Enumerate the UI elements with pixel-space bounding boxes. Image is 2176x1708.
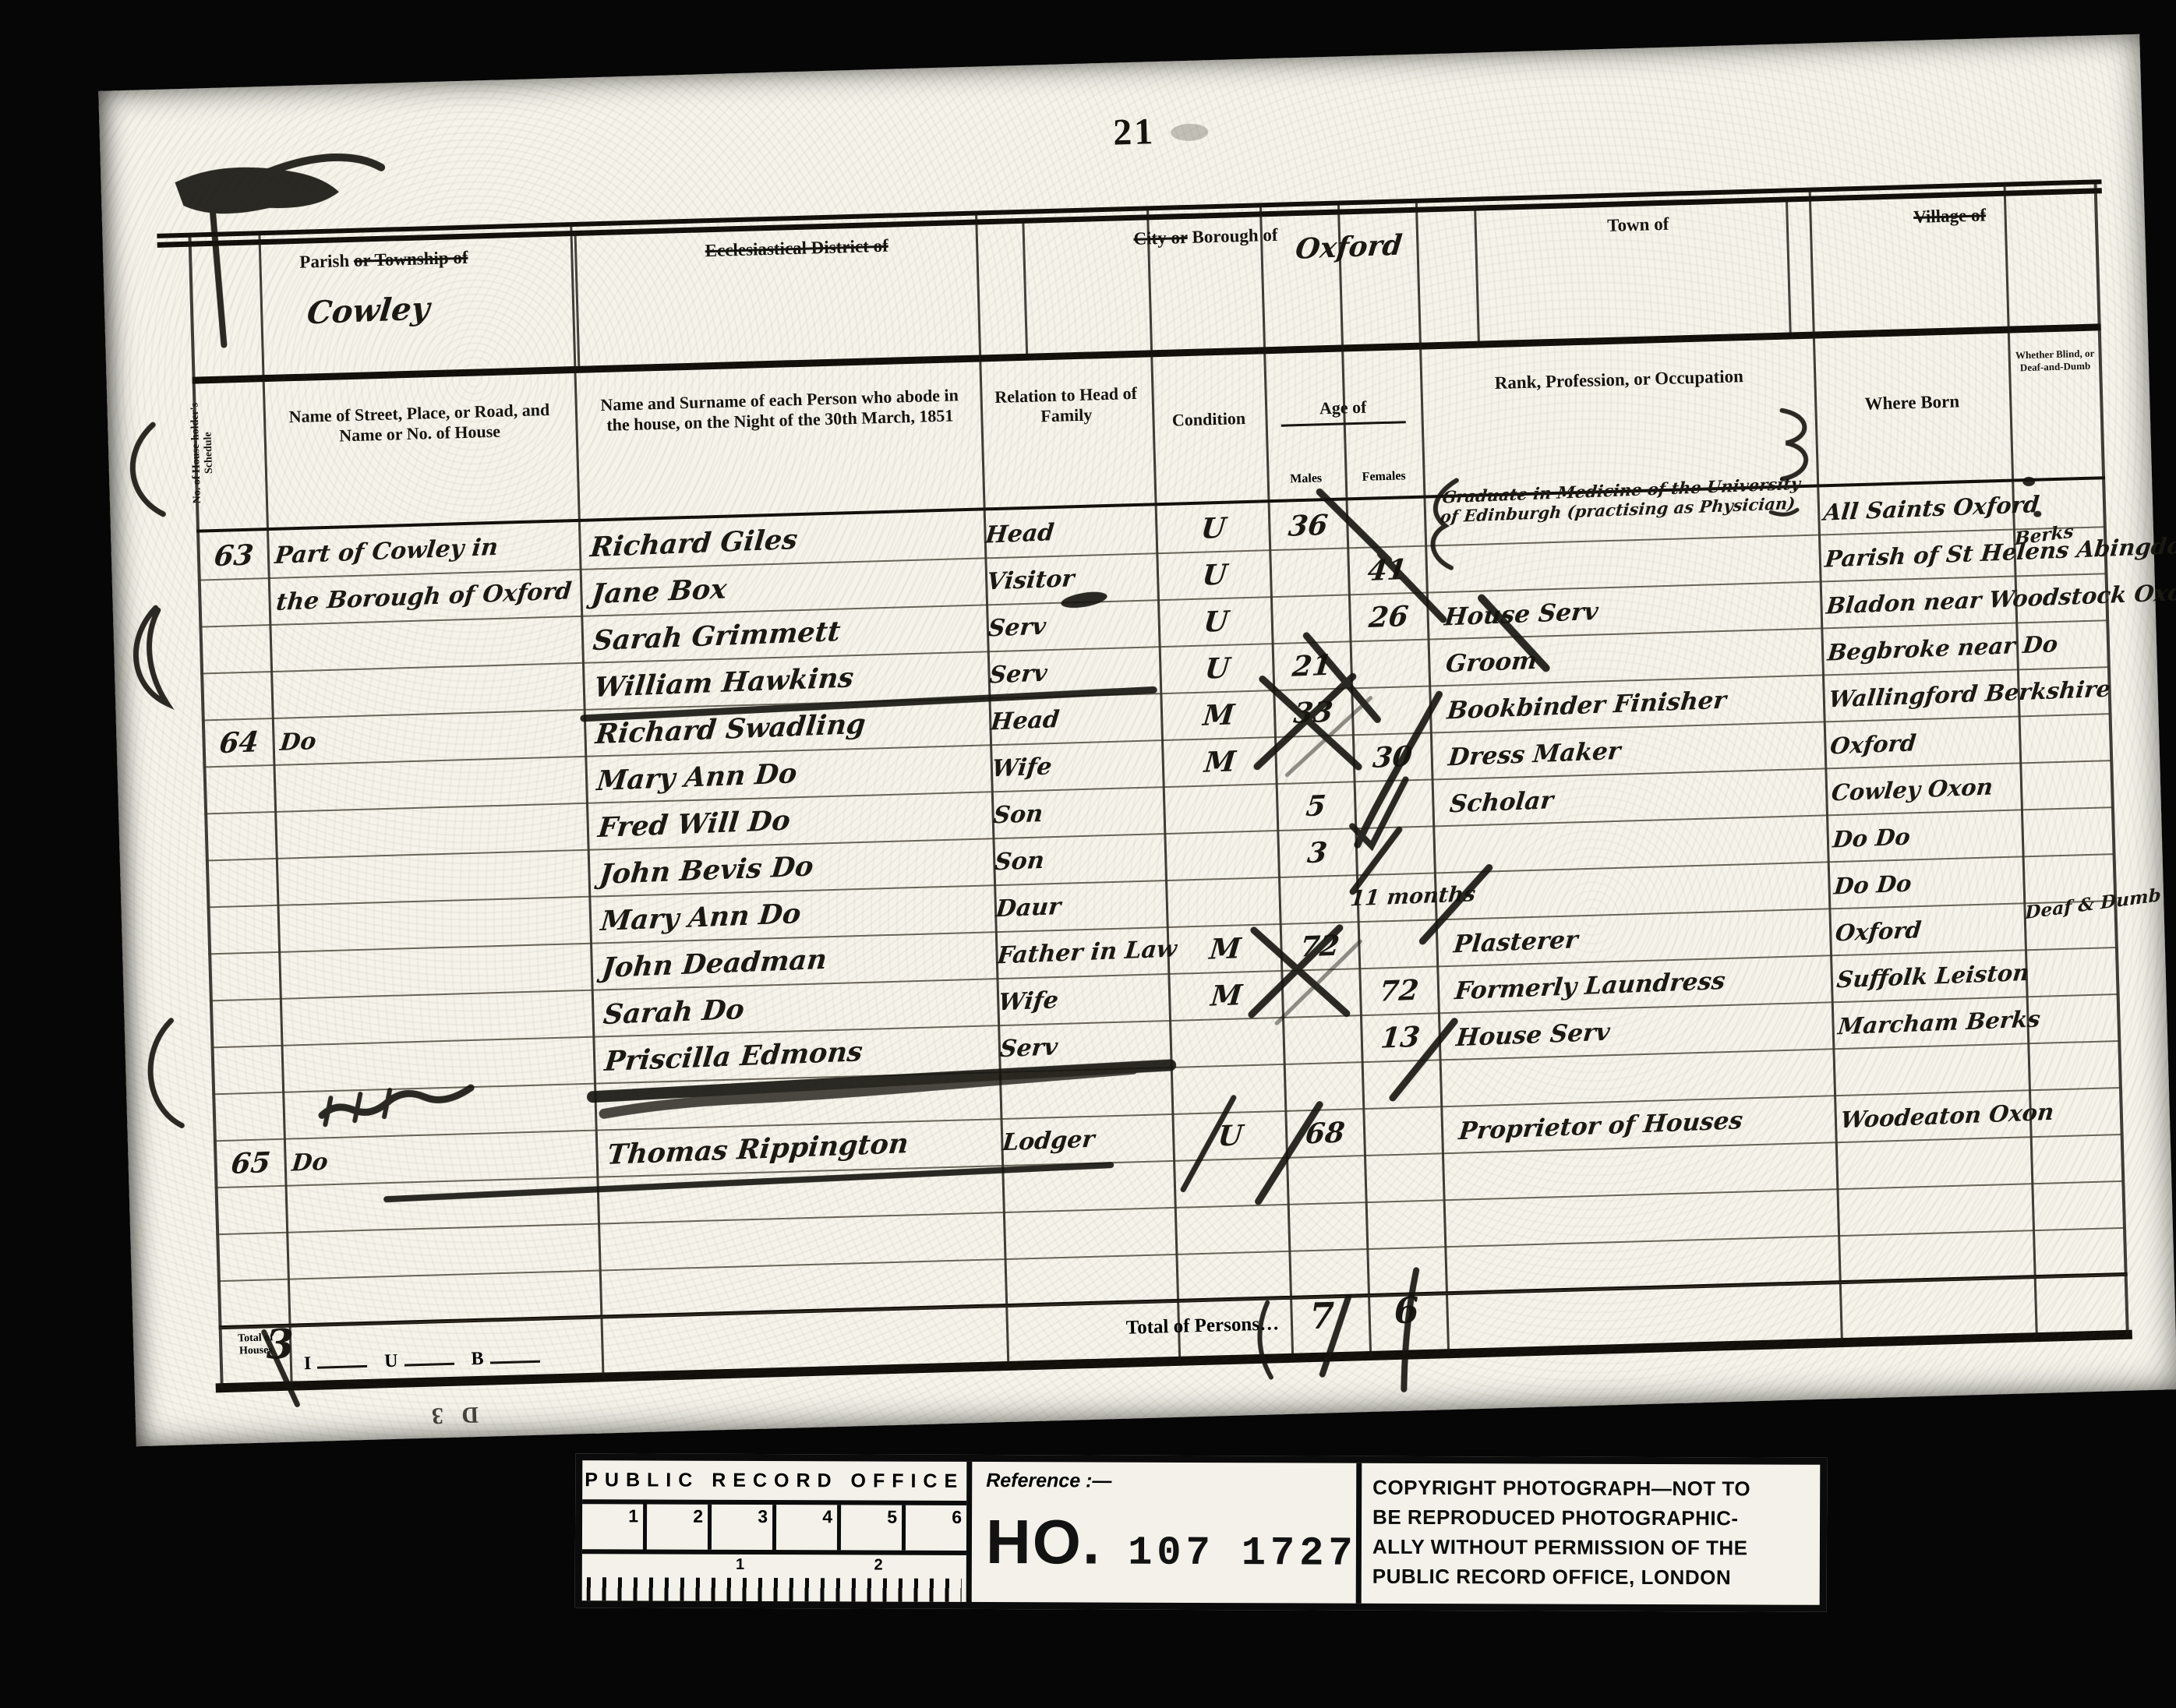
cell-condition: U bbox=[1171, 1113, 1289, 1159]
copyright-line: BE REPRODUCED PHOTOGRAPHIC- bbox=[1372, 1502, 1809, 1533]
col-header-relation: Relation to Head of Family bbox=[987, 383, 1144, 429]
cell-condition: U bbox=[1155, 505, 1273, 552]
borough-label: Borough of bbox=[1192, 225, 1278, 247]
ecclesiastical-label-struck: Ecclesiastical District of bbox=[602, 233, 992, 264]
inch-segment: 1 bbox=[582, 1504, 647, 1549]
field-divider bbox=[1786, 196, 1792, 333]
parish-label-struck: or Township of bbox=[354, 248, 468, 270]
stamp-copyright-panel: COPYRIGHT PHOTOGRAPH—NOT TO BE REPRODUCE… bbox=[1362, 1463, 1821, 1605]
margin-scribble bbox=[135, 608, 167, 704]
reference-series: HO. bbox=[986, 1506, 1102, 1579]
cell-relation: Lodger bbox=[1000, 1115, 1180, 1164]
copyright-line: PUBLIC RECORD OFFICE, LONDON bbox=[1372, 1562, 1809, 1593]
inch-segment: 4 bbox=[776, 1505, 841, 1550]
cell-age_f: 30 bbox=[1352, 735, 1433, 780]
corner-ink-blob bbox=[175, 164, 340, 215]
cell-schedule: 65 bbox=[215, 1141, 287, 1185]
cell-relation: Visitor bbox=[984, 555, 1164, 604]
cell-age_m: 33 bbox=[1273, 690, 1354, 736]
cell-relation: Daur bbox=[994, 882, 1174, 931]
parish-label: Parish bbox=[299, 251, 350, 272]
cell-condition: M bbox=[1167, 972, 1285, 1019]
stamp-cm-ruler: 1 2 bbox=[582, 1554, 966, 1602]
sub-label-building: B bbox=[471, 1349, 486, 1369]
cell-age_m: 68 bbox=[1284, 1111, 1365, 1156]
inch-label: 1 bbox=[628, 1505, 638, 1526]
inch-segment: 5 bbox=[841, 1505, 906, 1550]
cell-age_m: 5 bbox=[1276, 784, 1357, 829]
sub-label-inhabited: I bbox=[304, 1353, 313, 1374]
cell-age_f: 13 bbox=[1360, 1015, 1441, 1060]
total-persons-text: Total of Persons bbox=[1125, 1314, 1259, 1339]
inch-label: 6 bbox=[952, 1507, 962, 1528]
margin-scribble bbox=[149, 1020, 182, 1126]
village-label-struck: Village of bbox=[1809, 203, 2090, 231]
inch-label: 5 bbox=[887, 1507, 897, 1528]
cm-label: 1 bbox=[736, 1556, 744, 1574]
sub-label-uninhabited: U bbox=[384, 1351, 400, 1372]
col-header-born: Where Born bbox=[1822, 390, 2002, 415]
cell-relation: Head bbox=[988, 695, 1168, 744]
cell-condition: M bbox=[1160, 692, 1277, 739]
cell-condition: M bbox=[1161, 739, 1279, 785]
cell-born: Suffolk Leiston bbox=[1835, 951, 2034, 1001]
cell-born: Do Do bbox=[1831, 811, 2030, 861]
borough-label-struck: City or bbox=[1133, 228, 1188, 249]
cell-age_m: 72 bbox=[1280, 924, 1361, 969]
cell-relation: Serv bbox=[998, 1022, 1178, 1071]
field-divider bbox=[1474, 206, 1480, 343]
plate-mark: D 3 bbox=[425, 1401, 479, 1429]
col-header-name: Name and Surname of each Person who abod… bbox=[590, 385, 969, 436]
total-persons-females: 6 bbox=[1394, 1289, 1420, 1332]
cell-relation: Father in Law bbox=[995, 929, 1175, 978]
col-header-condition: Condition bbox=[1156, 408, 1262, 431]
copyright-line: ALLY WITHOUT PERMISSION OF THE bbox=[1372, 1532, 1809, 1563]
cell-relation: Son bbox=[991, 789, 1171, 838]
parish-field-label: Parish or Township of bbox=[220, 245, 548, 275]
dots: … bbox=[1259, 1313, 1280, 1335]
cell-relation: Head bbox=[984, 508, 1164, 557]
census-page: 21 Parish or Township of Cowley Ecclesia… bbox=[98, 34, 2176, 1446]
cell-age_f: 26 bbox=[1348, 595, 1429, 640]
cell-relation: Wife bbox=[996, 976, 1176, 1025]
cell-age_f: 41 bbox=[1347, 548, 1428, 593]
census-table-body: 63Part of Cowley inRichard GilesHeadU36G… bbox=[98, 34, 2139, 91]
cell-relation: Wife bbox=[990, 742, 1170, 791]
inch-label: 3 bbox=[758, 1506, 768, 1527]
cell-age_f: 72 bbox=[1358, 969, 1439, 1014]
scan-canvas: { "page_number": "21", "header_fields": … bbox=[0, 0, 2176, 1708]
town-label: Town of bbox=[1497, 211, 1779, 239]
stamp-ruler-panel: PUBLIC RECORD OFFICE 1 2 3 4 5 6 1 2 bbox=[582, 1460, 973, 1602]
cell-born: Wallingford Berkshire bbox=[1827, 671, 2026, 721]
cell-age_m: 3 bbox=[1277, 831, 1358, 876]
reference-number: 1727 bbox=[1242, 1530, 1358, 1577]
cell-schedule: 63 bbox=[198, 534, 270, 578]
cell-relation: Son bbox=[992, 835, 1172, 884]
col-header-schedule: No. of House-holder's Schedule bbox=[189, 391, 217, 515]
cell-relation: Serv bbox=[987, 648, 1167, 697]
pro-stamp: PUBLIC RECORD OFFICE 1 2 3 4 5 6 1 2 Ref… bbox=[575, 1453, 1828, 1612]
cell-condition: M bbox=[1167, 926, 1284, 972]
cell-occupation: Graduate in Medicine of the University o… bbox=[1439, 473, 1810, 526]
col-header-females: Females bbox=[1346, 469, 1421, 485]
inch-segment: 6 bbox=[906, 1505, 966, 1551]
cell-condition: U bbox=[1159, 645, 1277, 692]
total-houses-sublabels: I U B bbox=[303, 1344, 550, 1375]
reference-piece: 107 bbox=[1128, 1530, 1215, 1576]
col-header-infirmity: Whether Blind, or Deaf-and-Dumb bbox=[2012, 347, 2097, 374]
cell-born: Begbroke near Do bbox=[1825, 624, 2025, 674]
stamp-title: PUBLIC RECORD OFFICE bbox=[582, 1460, 966, 1505]
cell-born: Oxford bbox=[1833, 905, 2033, 955]
cell-condition: U bbox=[1156, 552, 1273, 598]
page-number: 21 bbox=[1112, 110, 1156, 154]
inch-segment: 2 bbox=[647, 1505, 712, 1550]
cell-born: Oxford bbox=[1828, 718, 2028, 768]
inch-label: 4 bbox=[822, 1506, 832, 1527]
col-header-age: Age of bbox=[1281, 396, 1406, 419]
cell-age_m: 21 bbox=[1272, 644, 1353, 689]
total-houses-value: 3 bbox=[265, 1321, 295, 1369]
cell-born: Parish of St Helens Abingdon bbox=[1823, 531, 2022, 581]
total-persons-label: Total of Persons… bbox=[998, 1313, 1280, 1343]
borough-value-handwritten: Oxford bbox=[1294, 229, 1404, 266]
margin-scribble bbox=[132, 425, 164, 515]
stamp-inch-ruler: 1 2 3 4 5 6 bbox=[582, 1504, 966, 1555]
cell-born: All Saints Oxford bbox=[1821, 484, 2021, 534]
parish-value-handwritten: Cowley bbox=[306, 290, 432, 331]
inch-segment: 3 bbox=[712, 1505, 776, 1550]
corner-ink-hook bbox=[264, 156, 381, 174]
cell-born: Marcham Berks bbox=[1836, 998, 2036, 1048]
reference-value: HO. 107 1727 bbox=[986, 1506, 1342, 1579]
cell-age_m: 36 bbox=[1268, 503, 1349, 549]
cell-age_f: 11 months bbox=[1321, 873, 1505, 922]
cell-relation: Serv bbox=[986, 602, 1166, 651]
pageno-smudge bbox=[1171, 123, 1209, 141]
cm-label: 2 bbox=[874, 1557, 882, 1575]
col-header-occupation: Rank, Profession, or Occupation bbox=[1459, 365, 1779, 394]
cell-condition: U bbox=[1157, 598, 1275, 645]
total-persons-males: 7 bbox=[1309, 1294, 1336, 1337]
cell-born: Do Do bbox=[1832, 858, 2032, 908]
copyright-line: COPYRIGHT PHOTOGRAPH—NOT TO bbox=[1372, 1473, 1809, 1504]
inch-label: 2 bbox=[693, 1506, 703, 1527]
count-flourish bbox=[1781, 410, 1807, 479]
stamp-reference-panel: Reference :— HO. 107 1727 bbox=[972, 1462, 1362, 1604]
cell-born: Cowley Oxon bbox=[1829, 764, 2029, 814]
cm-ticks bbox=[587, 1577, 962, 1602]
field-divider bbox=[1022, 218, 1028, 355]
cell-born: Woodeaton Oxon bbox=[1839, 1092, 2038, 1142]
cell-schedule: 64 bbox=[203, 720, 275, 764]
cell-born: Bladon near Woodstock Oxon bbox=[1825, 577, 2024, 627]
reference-label: Reference :— bbox=[986, 1470, 1342, 1494]
col-header-males: Males bbox=[1268, 471, 1343, 488]
col-header-street: Name of Street, Place, or Road, and Name… bbox=[275, 399, 564, 447]
